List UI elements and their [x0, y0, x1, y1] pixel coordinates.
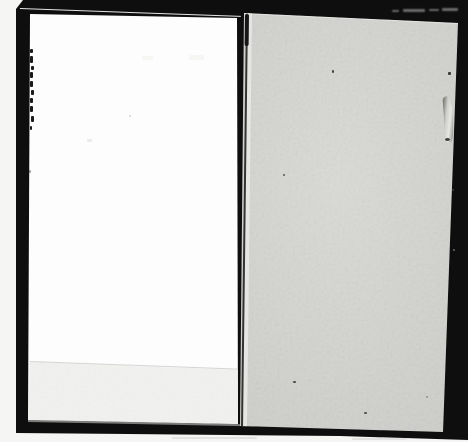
- right-page-vignette: [238, 11, 461, 435]
- left-page-footer-shading: [28, 9, 239, 426]
- gutter-shadow-blob: [245, 14, 249, 46]
- right-page: [238, 11, 461, 435]
- scan-edge-smudge: [172, 437, 257, 439]
- paper-tear-speck: [445, 138, 450, 141]
- left-page: [28, 9, 239, 426]
- scanned-book-image: [0, 0, 468, 442]
- scan-edge-smudge: [352, 438, 407, 440]
